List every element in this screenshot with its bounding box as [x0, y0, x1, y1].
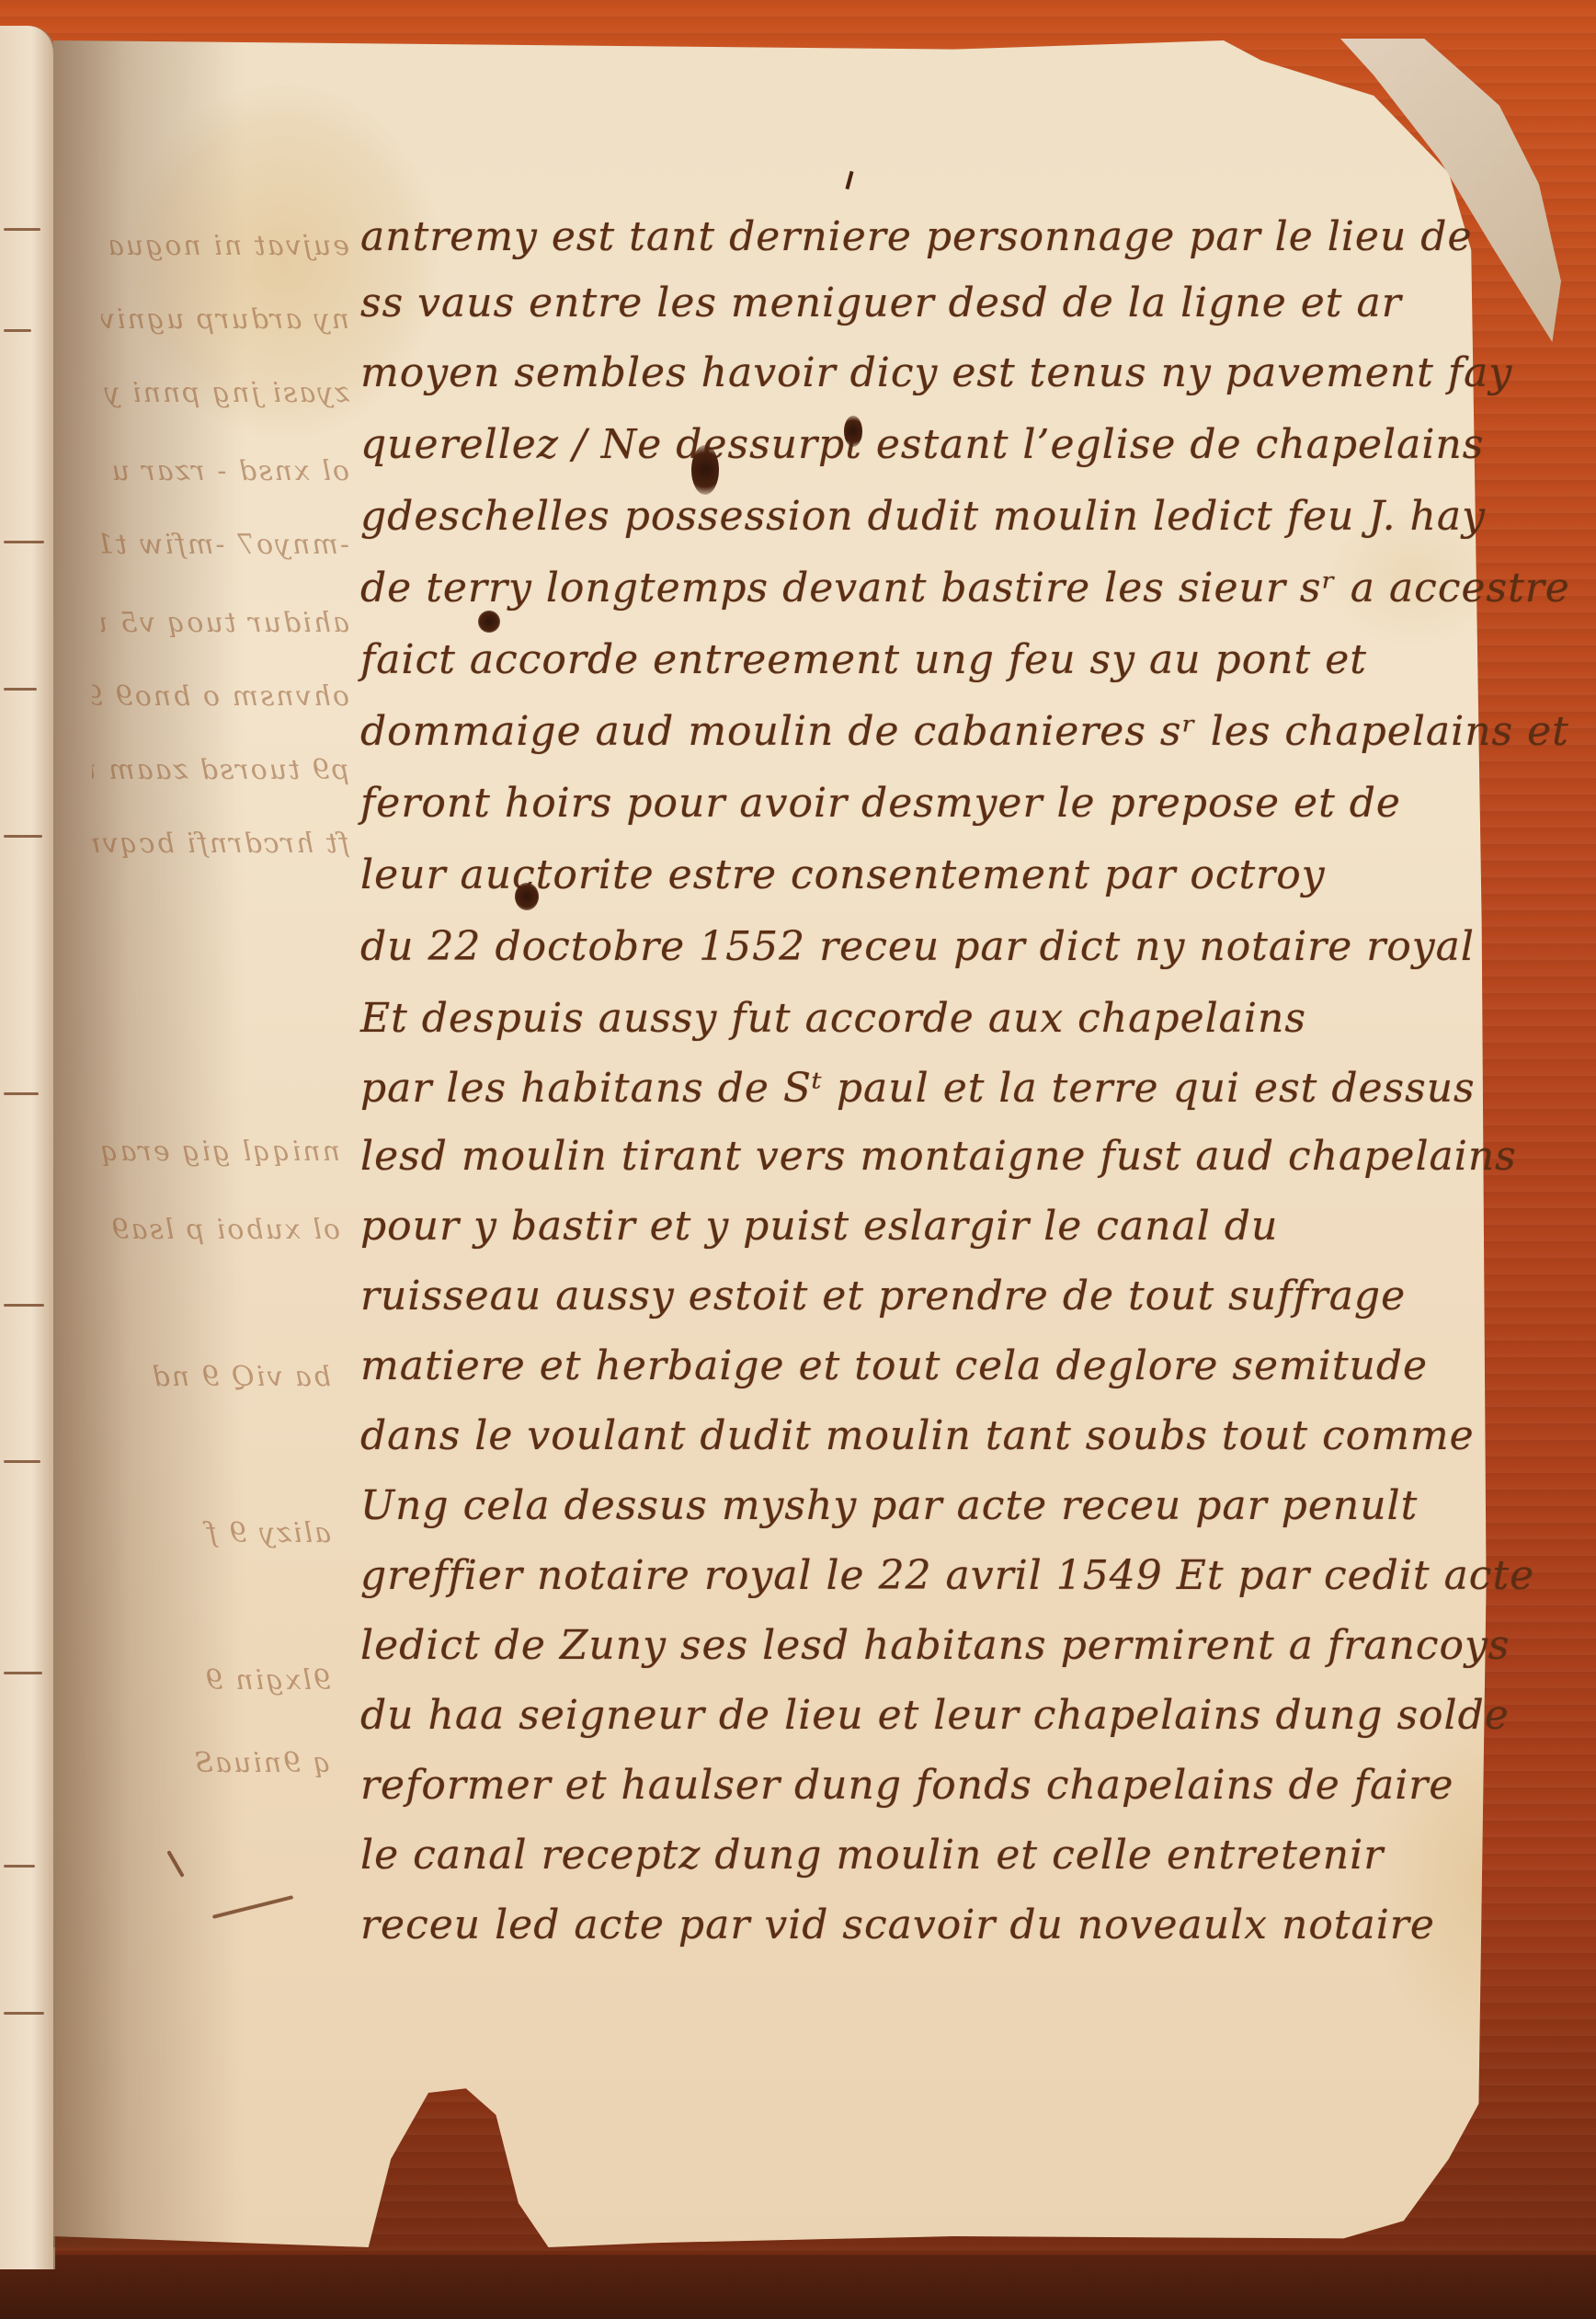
adjacent-page-ink-stroke — [4, 329, 31, 332]
manuscript-line: du haa seigneur de lieu et leur chapelai… — [360, 1692, 1510, 1756]
bleed-through-line: -mnyo7 -mfiw t1 sndur — [92, 529, 349, 560]
bleed-through-line: q 9niuaS — [156, 1747, 331, 1778]
manuscript-line: ruisseau aussy estoit et prendre de tout… — [360, 1273, 1406, 1337]
adjacent-page-ink-stroke — [4, 1672, 42, 1674]
adjacent-page-ink-stroke — [4, 2012, 44, 2015]
bleed-through-line: ol xuboi p lsa9 ne — [101, 1214, 340, 1245]
bleed-through-line: ahidur tuoq v5 ub pa — [101, 607, 349, 638]
adjacent-page-ink-stroke — [4, 1092, 39, 1095]
bleed-through-line: p9 tuorsd zaam uoob — [92, 754, 349, 785]
manuscript-line: moyen sembles havoir dicy est tenus ny p… — [360, 349, 1512, 414]
manuscript-line: ledict de Zuny ses lesd habitans permire… — [360, 1622, 1510, 1686]
manuscript-line: dommaige aud moulin de cabanieres sʳ les… — [360, 708, 1569, 772]
manuscript-line: par les habitans de Sᵗ paul et la terre … — [360, 1065, 1476, 1129]
ink-blot — [515, 883, 539, 910]
manuscript-line: lesd moulin tirant vers montaigne fust a… — [360, 1133, 1517, 1197]
adjacent-page-ink-stroke — [4, 228, 40, 231]
ink-blot — [691, 445, 719, 495]
adjacent-page-ink-stroke — [4, 835, 42, 838]
adjacent-page-ink-stroke — [4, 1865, 35, 1868]
manuscript-line: feront hoirs pour avoir desmyer le prepo… — [360, 780, 1401, 844]
manuscript-line: leur auctorite estre consentement par oc… — [360, 851, 1326, 916]
bleed-through-line: zyasi jng pnni y u — [92, 377, 349, 408]
manuscript-line: reformer et haulser dung fonds chapelain… — [360, 1762, 1453, 1826]
bleed-through-line: alizy 9 f — [156, 1517, 331, 1548]
ink-blot — [478, 611, 500, 633]
manuscript-line: de terry longtemps devant bastire les si… — [360, 565, 1570, 629]
manuscript-line: ss vaus entre les meniguer desd de la li… — [360, 280, 1402, 344]
bleed-through-line: ol xnsd - rzar u — [101, 455, 349, 486]
manuscript-line: faict accorde entreement ung feu sy au p… — [360, 636, 1367, 701]
bleed-through-line: nniqql gig eraqquit — [101, 1136, 340, 1167]
bleed-through-line: ohvnsm o bno9 9 nd — [92, 680, 349, 712]
bleed-through-line: 9lxgin 9 — [156, 1664, 331, 1696]
adjacent-page-ink-stroke — [4, 1304, 44, 1307]
manuscript-line-date-1549: greffier notaire royal le 22 avril 1549 … — [360, 1552, 1534, 1616]
manuscript-line: Ung cela dessus myshy par acte receu par… — [360, 1482, 1418, 1547]
bleed-through-line: ny ardurp ugnivtsod - — [101, 303, 349, 335]
adjacent-page-edge — [0, 26, 55, 2269]
manuscript-line: antremy est tant derniere personnage par… — [360, 213, 1472, 278]
manuscript-line: Et despuis aussy fut accorde aux chapela… — [360, 995, 1306, 1059]
manuscript-line: querellez / Ne dessurpt estant l’eglise … — [360, 421, 1484, 486]
manuscript-line: gdeschelles possession dudit moulin ledi… — [360, 493, 1486, 557]
manuscript-line: pour y bastir et y puist eslargir le can… — [360, 1203, 1278, 1267]
manuscript-line: matiere et herbaige et tout cela deglore… — [360, 1342, 1428, 1407]
adjacent-page-ink-stroke — [4, 688, 37, 691]
adjacent-page-ink-stroke — [4, 1460, 40, 1463]
bleed-through-line: ba viQ 9 nd — [147, 1361, 331, 1392]
manuscript-line: dans le voulant dudit moulin tant soubs … — [360, 1412, 1475, 1477]
bleed-through-line: ft hrcdrnfi bcqvrnse — [92, 828, 349, 859]
ink-blot — [844, 416, 862, 447]
manuscript-line: receu led acte par vid scavoir du noveau… — [360, 1902, 1435, 1966]
manuscript-line-date-1552: du 22 doctobre 1552 receu par dict ny no… — [360, 923, 1475, 988]
manuscript-line: le canal receptz dung moulin et celle en… — [360, 1832, 1384, 1896]
surface-shadow-bottom — [0, 2255, 1596, 2319]
adjacent-page-ink-stroke — [4, 541, 44, 543]
bleed-through-line: eujvat ni noguar — [110, 230, 349, 261]
